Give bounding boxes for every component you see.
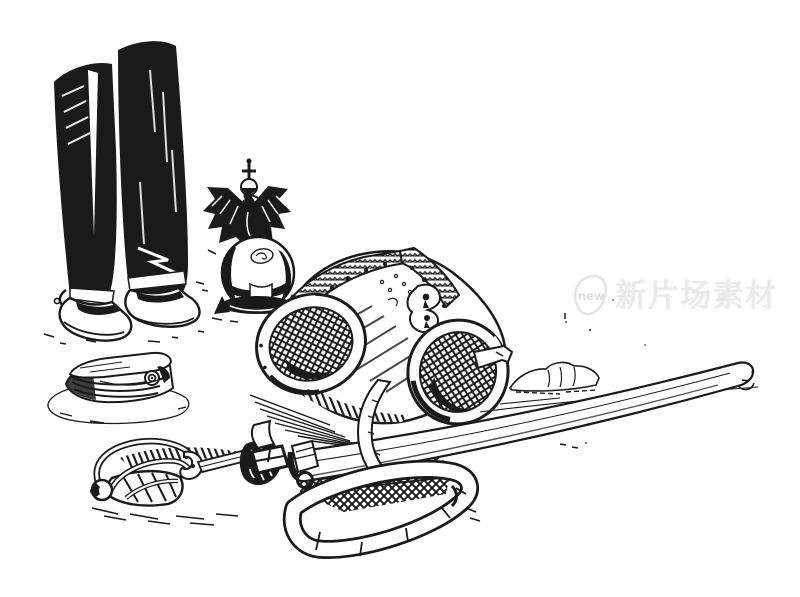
- forage-cap: [48, 353, 189, 424]
- glove: [510, 362, 599, 394]
- cavalry-boots: [44, 41, 216, 344]
- eagle-helmet: [196, 159, 300, 323]
- engraving-illustration: [0, 0, 800, 597]
- stock-photo-canvas: new 新片场素材: [0, 0, 800, 597]
